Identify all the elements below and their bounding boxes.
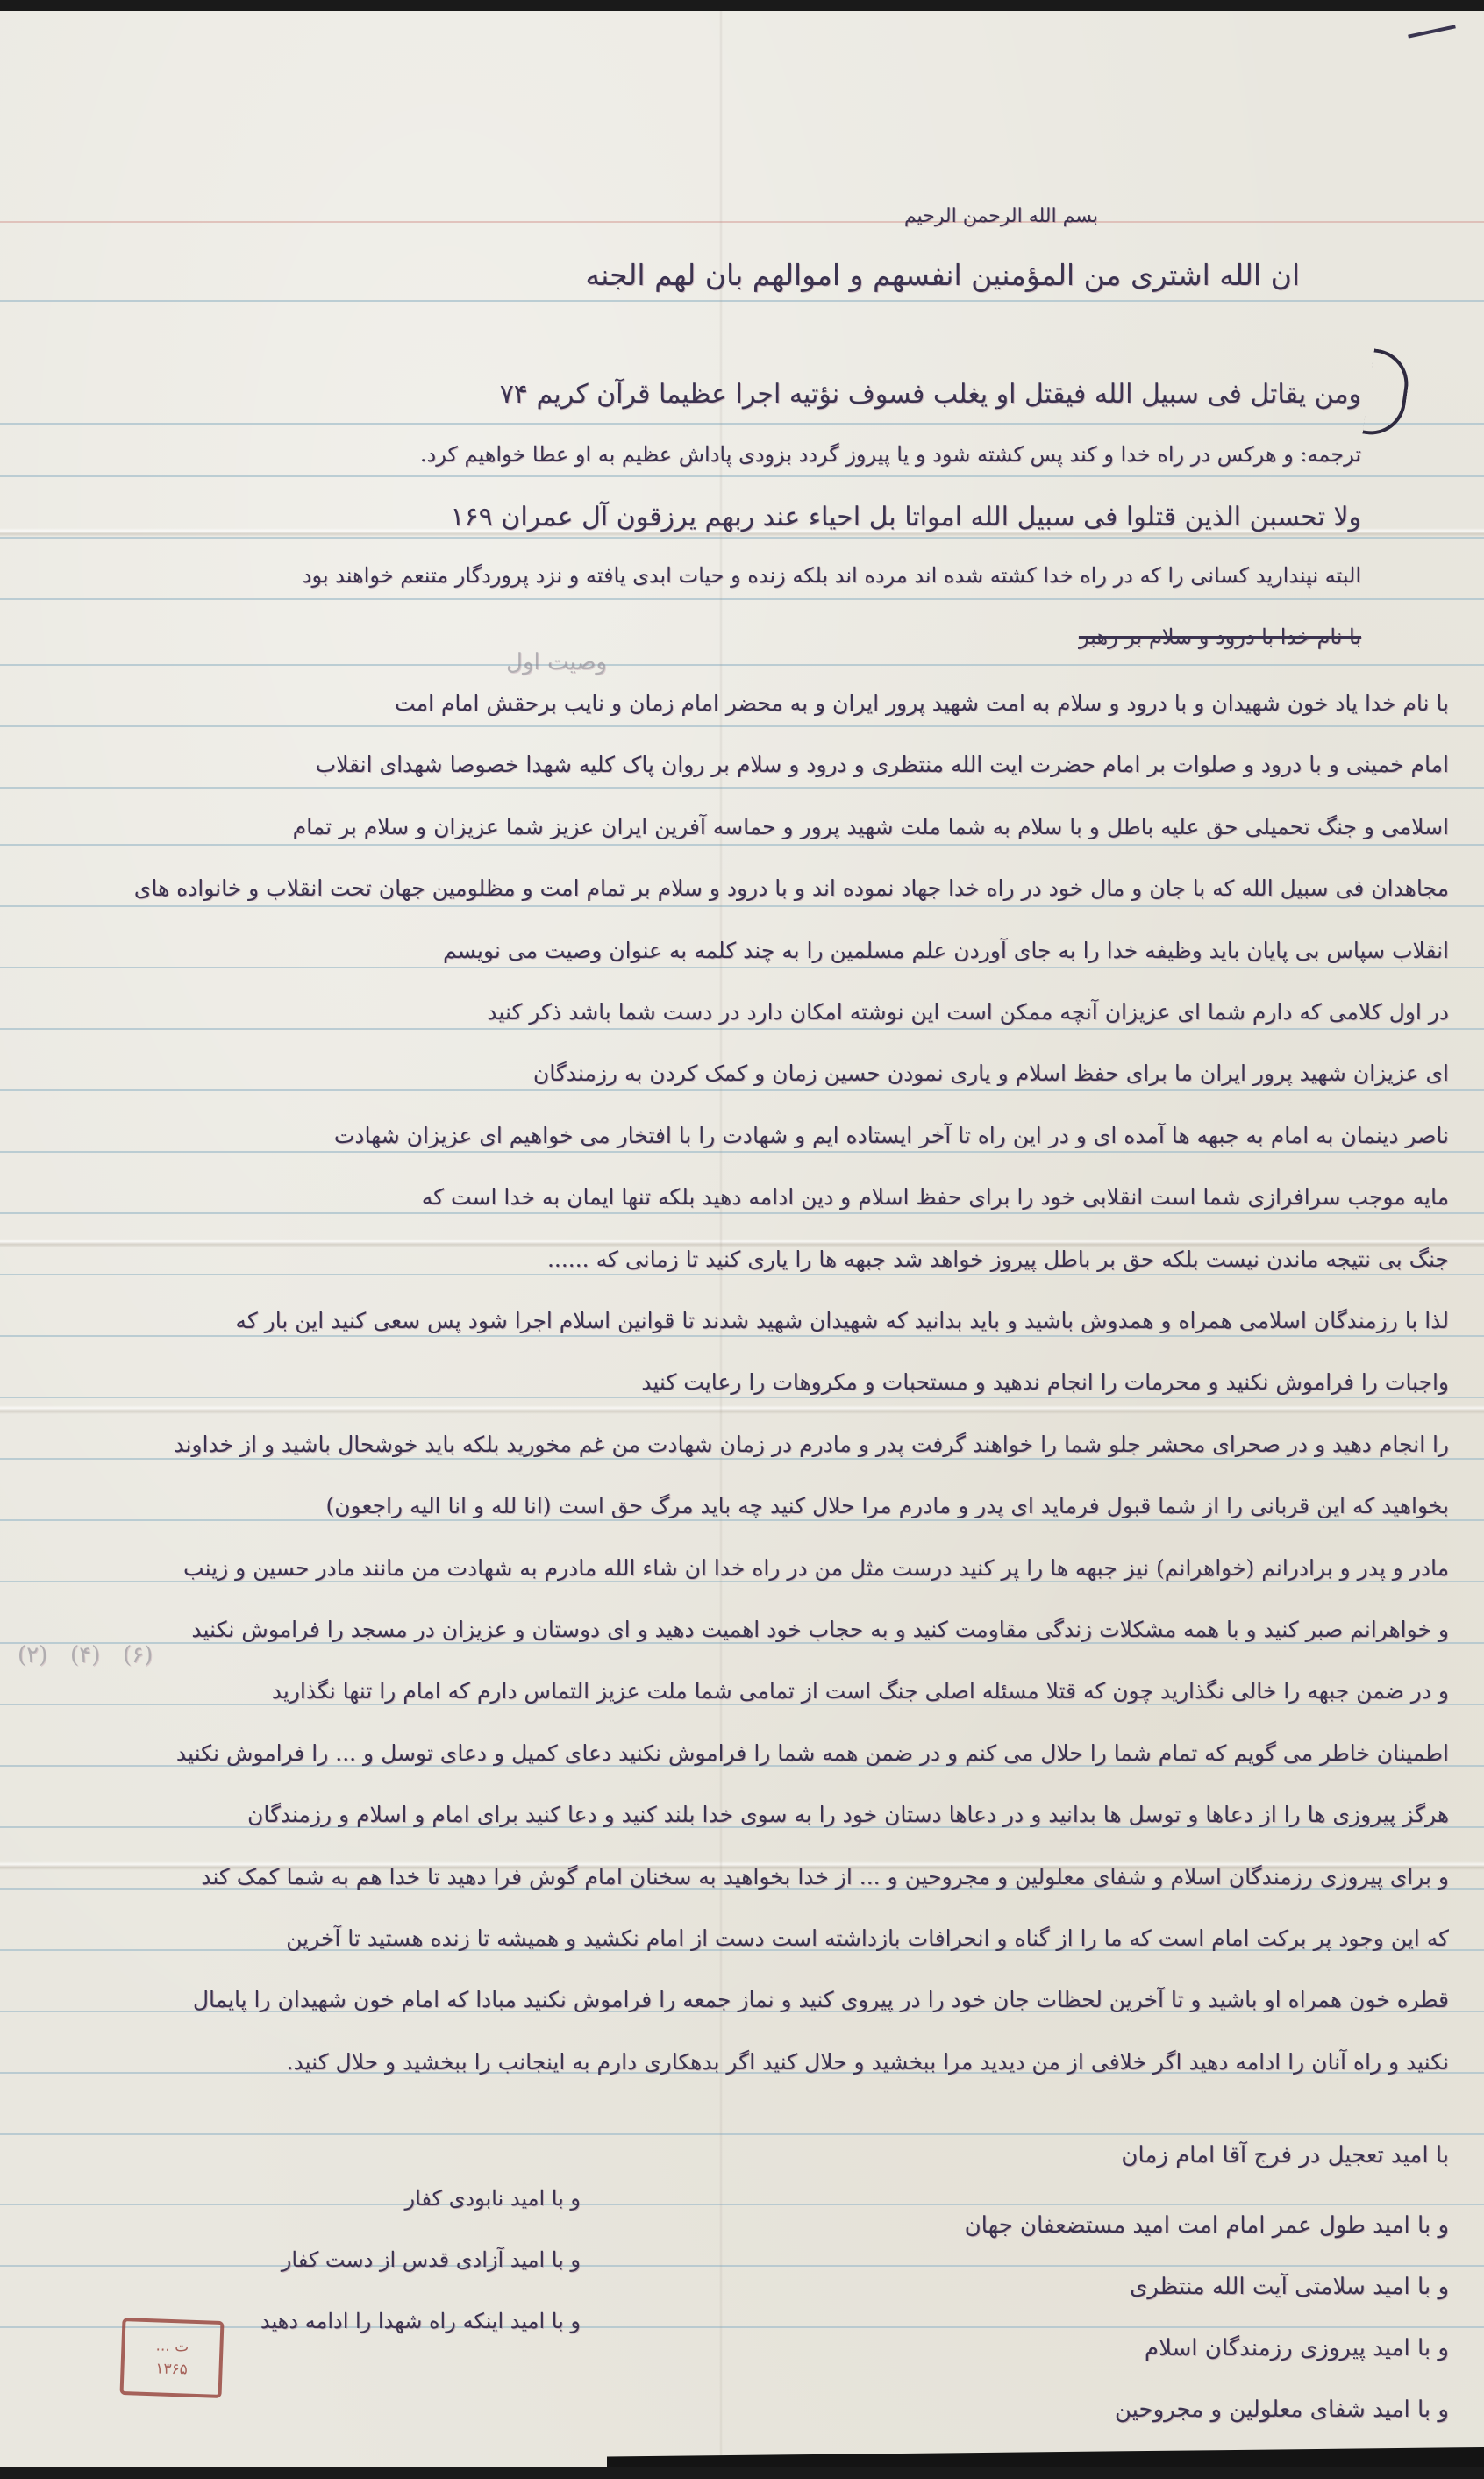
quran-translation-1: ترجمه: و هرکس در راه خدا و کند پس کشته ش… [420, 442, 1361, 467]
will-line: ای عزیزان شهید پرور ایران ما برای حفظ اس… [11, 1061, 1449, 1086]
rule-line [0, 300, 1484, 302]
rule-line [0, 1458, 1484, 1460]
closing-prayer: و با امید طول عمر امام امت امید مستضعفان… [965, 2212, 1449, 2239]
rule-line [0, 221, 1484, 223]
will-line: با نام خدا یاد خون شهیدان و با درود و سل… [11, 690, 1449, 716]
rule-line [0, 2133, 1484, 2135]
will-line: را انجام دهید و در صحرای محشر جلو شما را… [11, 1432, 1449, 1457]
will-line: اسلامی و جنگ تحمیلی حق علیه باطل و با سل… [11, 814, 1449, 839]
will-line: مایه موجب سرافرازی شما است انقلابی خود ر… [11, 1184, 1449, 1210]
rule-line [0, 844, 1484, 846]
pen-mark [1408, 25, 1456, 38]
rule-line [0, 1089, 1484, 1091]
closing-prayer: و با امید نابودی کفار [405, 2186, 581, 2211]
rule-line [0, 1274, 1484, 1275]
margin-note: وصیت اول [506, 649, 607, 675]
document-page: بسم الله الرحمن الرحیم ان الله اشتری من … [0, 11, 1484, 2467]
rule-line [0, 1581, 1484, 1582]
will-line: در اول کلامی که دارم شما ای عزیزان آنچه … [11, 999, 1449, 1025]
quran-quote-1: ومن یقاتل فی سبیل الله فیقتل او یغلب فسو… [500, 379, 1361, 410]
will-line: انقلاب سپاس بی پایان باید وظیفه خدا را ب… [11, 938, 1449, 963]
paper-fold [0, 1405, 1484, 1414]
bracket-mark [1362, 348, 1412, 439]
will-line: امام خمینی و با درود و صلوات بر امام حضر… [11, 752, 1449, 777]
rule-line [0, 537, 1484, 539]
rule-line [0, 725, 1484, 727]
scan-edge [607, 2447, 1484, 2467]
will-line: ناصر دینمان به امام به جبهه ها آمده ای و… [11, 1123, 1449, 1148]
closing-prayer: و با امید پیروزی رزمندگان اسلام [1145, 2335, 1449, 2361]
will-line: مجاهدان فی سبیل الله که با جان و مال خود… [11, 875, 1449, 901]
closing-prayer: و با امید آزادی قدس از دست کفار [282, 2247, 581, 2272]
archive-stamp: ت ... ۱۳۶۵ [119, 2318, 224, 2398]
closing-prayer: و با امید سلامتی آیت الله منتظری [1130, 2274, 1449, 2300]
closing-prayer: و با امید اینکه راه شهدا را ادامه دهید [260, 2309, 581, 2333]
margin-note-left: (۴) [70, 1642, 100, 1668]
rule-line [0, 1397, 1484, 1398]
will-line: اطمینان خاطر می گویم که تمام شما را حلال… [11, 1740, 1449, 1766]
will-line: لذا با رزمندگان اسلامی همراه و همدوش باش… [11, 1308, 1449, 1333]
will-line: که این وجود پر برکت امام است که ما را از… [11, 1925, 1449, 1951]
will-line: جنگ بی نتیجه ماندن نیست بلکه حق بر باطل … [11, 1247, 1449, 1272]
rule-line [0, 787, 1484, 789]
margin-note-left: (۶) [123, 1642, 153, 1668]
rule-line [0, 664, 1484, 666]
will-line: و برای پیروزی رزمندگان اسلام و شفای معلو… [11, 1864, 1449, 1890]
closing-prayer: با امید تعجیل در فرج آقا امام زمان [1121, 2142, 1449, 2168]
rule-line [0, 423, 1484, 425]
rule-line [0, 1519, 1484, 1521]
margin-note-left: (۲) [18, 1642, 47, 1668]
rule-line [0, 598, 1484, 600]
rule-line [0, 475, 1484, 477]
will-line: بخواهید که این قربانی را از شما قبول فرم… [11, 1493, 1449, 1518]
stamp-line-1: ت ... [155, 2334, 189, 2358]
rule-line [0, 967, 1484, 968]
rule-line [0, 1151, 1484, 1153]
rule-line [0, 1212, 1484, 1214]
quran-quote-2: ولا تحسبن الذین قتلوا فی سبیل الله اموات… [450, 502, 1361, 532]
will-line: مادر و پدر و برادرانم (خواهرانم) نیز جبه… [11, 1555, 1449, 1581]
rule-line [0, 1028, 1484, 1030]
closing-prayer: و با امید شفای معلولین و مجروحین [1115, 2397, 1449, 2423]
rule-line [0, 1335, 1484, 1337]
crossed-out-line: با نام خدا با درود و سلام بر رهبر [1079, 625, 1361, 649]
rule-line [0, 905, 1484, 907]
rule-line [0, 2204, 1484, 2205]
will-line: هرگز پیروزی ها را از دعاها و توسل ها بدا… [11, 1802, 1449, 1827]
will-line: و خواهرانم صبر کنید و با همه مشکلات زندگ… [11, 1617, 1449, 1642]
will-line: نکنید و راه آنان را ادامه دهید اگر خلافی… [11, 2049, 1449, 2075]
quran-translation-2: البته نپندارید کسانی را که در راه خدا کش… [303, 563, 1361, 588]
will-line: قطره خون همراه او باشید و تا آخرین لحظات… [11, 1987, 1449, 2012]
will-line: و در ضمن جبهه را خالی نگذارید چون که قتل… [11, 1678, 1449, 1704]
stamp-line-2: ۱۳۶۵ [155, 2357, 188, 2381]
will-line: واجبات را فراموش نکنید و محرمات را انجام… [11, 1369, 1449, 1395]
verse-title: ان الله اشتری من المؤمنین انفسهم و اموال… [585, 258, 1300, 292]
rule-line [0, 1642, 1484, 1644]
rule-line [0, 2265, 1484, 2267]
basmala: بسم الله الرحمن الرحیم [904, 205, 1098, 227]
